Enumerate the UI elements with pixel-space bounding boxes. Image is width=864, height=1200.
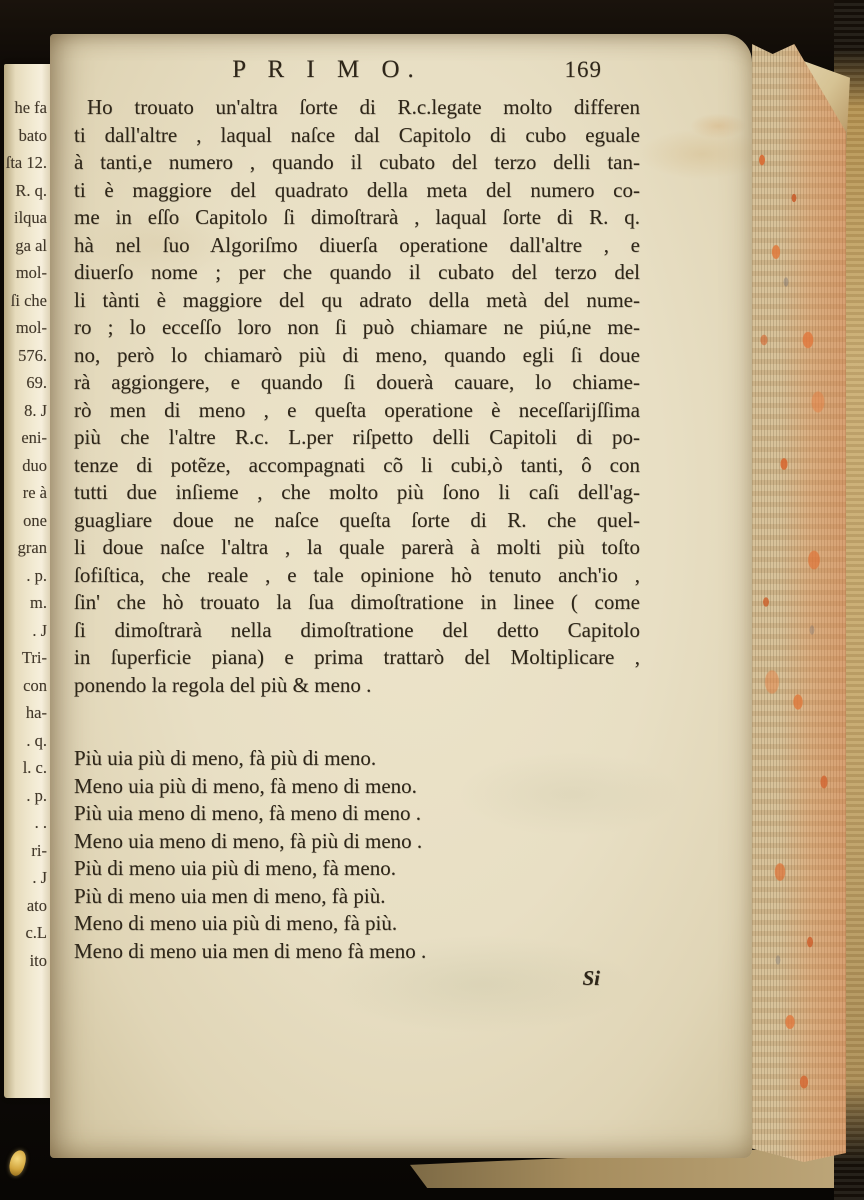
paragraph-line: ti è maggiore del quadrato della meta de…: [74, 177, 640, 205]
paragraph-line: più che l'altre R.c. L.per riſpetto dell…: [74, 424, 640, 452]
fragment-line: mol-: [4, 314, 47, 342]
paragraph-line: tenze di potẽze, accompagnati cõ li cubi…: [74, 452, 640, 480]
catchword: Si: [74, 966, 640, 991]
rule-line: Più di meno uia men di meno, fà più.: [74, 883, 640, 911]
body-paragraph: Ho trouato un'altra ſorte di R.c.legate …: [74, 94, 640, 699]
fragment-line: ri-: [4, 837, 47, 865]
fragment-line: ato: [4, 892, 47, 920]
page-header: P R I M O. 169: [74, 56, 640, 90]
fragment-line: l. c.: [4, 754, 47, 782]
gilt-clasp-remnant: [6, 1148, 28, 1177]
speckled-fore-edge: [752, 40, 846, 1162]
paragraph-line: li doue naſce l'altra , la quale parerà …: [74, 534, 640, 562]
fragment-line: 8. J: [4, 397, 47, 425]
fragment-line: gran: [4, 534, 47, 562]
fragment-line: . J: [4, 864, 47, 892]
paragraph-line: ti dall'altre , laqual naſce dal Capitol…: [74, 122, 640, 150]
sign-rules-list: Più uia più di meno, fà più di meno.Meno…: [74, 745, 640, 965]
rule-line: Più uia meno di meno, fà meno di meno .: [74, 800, 640, 828]
fragment-line: con: [4, 672, 47, 700]
fragment-line: ga al: [4, 232, 47, 260]
fragment-line: duo: [4, 452, 47, 480]
rule-line: Meno di meno uia men di meno fà meno .: [74, 938, 640, 966]
paragraph-line: guagliare doue ne naſce queſta ſorte di …: [74, 507, 640, 535]
previous-page-edge: he fabatoſta 12.R. q.ilquaga almol-ſi ch…: [4, 64, 56, 1098]
paragraph-line: ſi dimoſtrarà nella dimoſtratione del de…: [74, 617, 640, 645]
paragraph-line: rà aggiongere, e quando ſi douerà cauare…: [74, 369, 640, 397]
rule-line: Meno uia più di meno, fà meno di meno.: [74, 773, 640, 801]
paragraph-line: ponendo la regola del più & meno .: [74, 672, 640, 700]
paragraph-line: ſin' che hò trouato la ſua dimoſtratione…: [74, 589, 640, 617]
fragment-line: 69.: [4, 369, 47, 397]
paragraph-line: li tànti è maggiore del qu adrato della …: [74, 287, 640, 315]
running-title: P R I M O.: [74, 56, 580, 84]
fragment-line: . p.: [4, 562, 47, 590]
fragment-line: . p.: [4, 782, 47, 810]
fragment-line: re à: [4, 479, 47, 507]
fragment-line: ſta 12.: [4, 149, 47, 177]
paragraph-line: tutti due inſieme , che molto più ſono l…: [74, 479, 640, 507]
fragment-line: c.L: [4, 919, 47, 947]
book-page: P R I M O. 169 Ho trouato un'altra ſorte…: [50, 34, 752, 1158]
paragraph-line: diuerſo nome ; per che quando il cubato …: [74, 259, 640, 287]
paragraph-line: à tanti,e numero , quando il cubato del …: [74, 149, 640, 177]
fragment-line: R. q.: [4, 177, 47, 205]
paragraph-line: in ſuperficie piana) e prima trattarò de…: [74, 644, 640, 672]
fragment-line: mol-: [4, 259, 47, 287]
fragment-line: bato: [4, 122, 47, 150]
paragraph-line: hà nel ſuo Algoriſmo diuerſa operatione …: [74, 232, 640, 260]
fragment-line: 576.: [4, 342, 47, 370]
paragraph-line: no, però lo chiamarò più di meno, quando…: [74, 342, 640, 370]
paragraph-line: ro ; lo ecceſſo loro non ſi può chiamare…: [74, 314, 640, 342]
fragment-line: . q.: [4, 727, 47, 755]
fragment-line: Tri-: [4, 644, 47, 672]
page-number: 169: [565, 57, 603, 83]
fragment-line: eni-: [4, 424, 47, 452]
margin-text-fragments: he fabatoſta 12.R. q.ilquaga almol-ſi ch…: [4, 64, 56, 974]
fragment-line: . J: [4, 617, 47, 645]
fragment-line: ilqua: [4, 204, 47, 232]
fragment-line: ſi che: [4, 287, 47, 315]
photo-of-book: he fabatoſta 12.R. q.ilquaga almol-ſi ch…: [0, 0, 864, 1200]
fragment-line: he fa: [4, 94, 47, 122]
rule-line: Meno uia meno di meno, fà più di meno .: [74, 828, 640, 856]
paragraph-line: ſofiſtica, che reale , e tale opinione h…: [74, 562, 640, 590]
fragment-line: ito: [4, 947, 47, 975]
fragment-line: one: [4, 507, 47, 535]
paragraph-line: Ho trouato un'altra ſorte di R.c.legate …: [74, 94, 640, 122]
rule-line: Più di meno uia più di meno, fà meno.: [74, 855, 640, 883]
rule-line: Più uia più di meno, fà più di meno.: [74, 745, 640, 773]
rule-line: Meno di meno uia più di meno, fà più.: [74, 910, 640, 938]
fragment-line: ha-: [4, 699, 47, 727]
paragraph-line: rò men di meno , e queſta operatione è n…: [74, 397, 640, 425]
fragment-line: . .: [4, 809, 47, 837]
fragment-line: m.: [4, 589, 47, 617]
paragraph-line: me in eſſo Capitolo ſi dimoſtrarà , laqu…: [74, 204, 640, 232]
